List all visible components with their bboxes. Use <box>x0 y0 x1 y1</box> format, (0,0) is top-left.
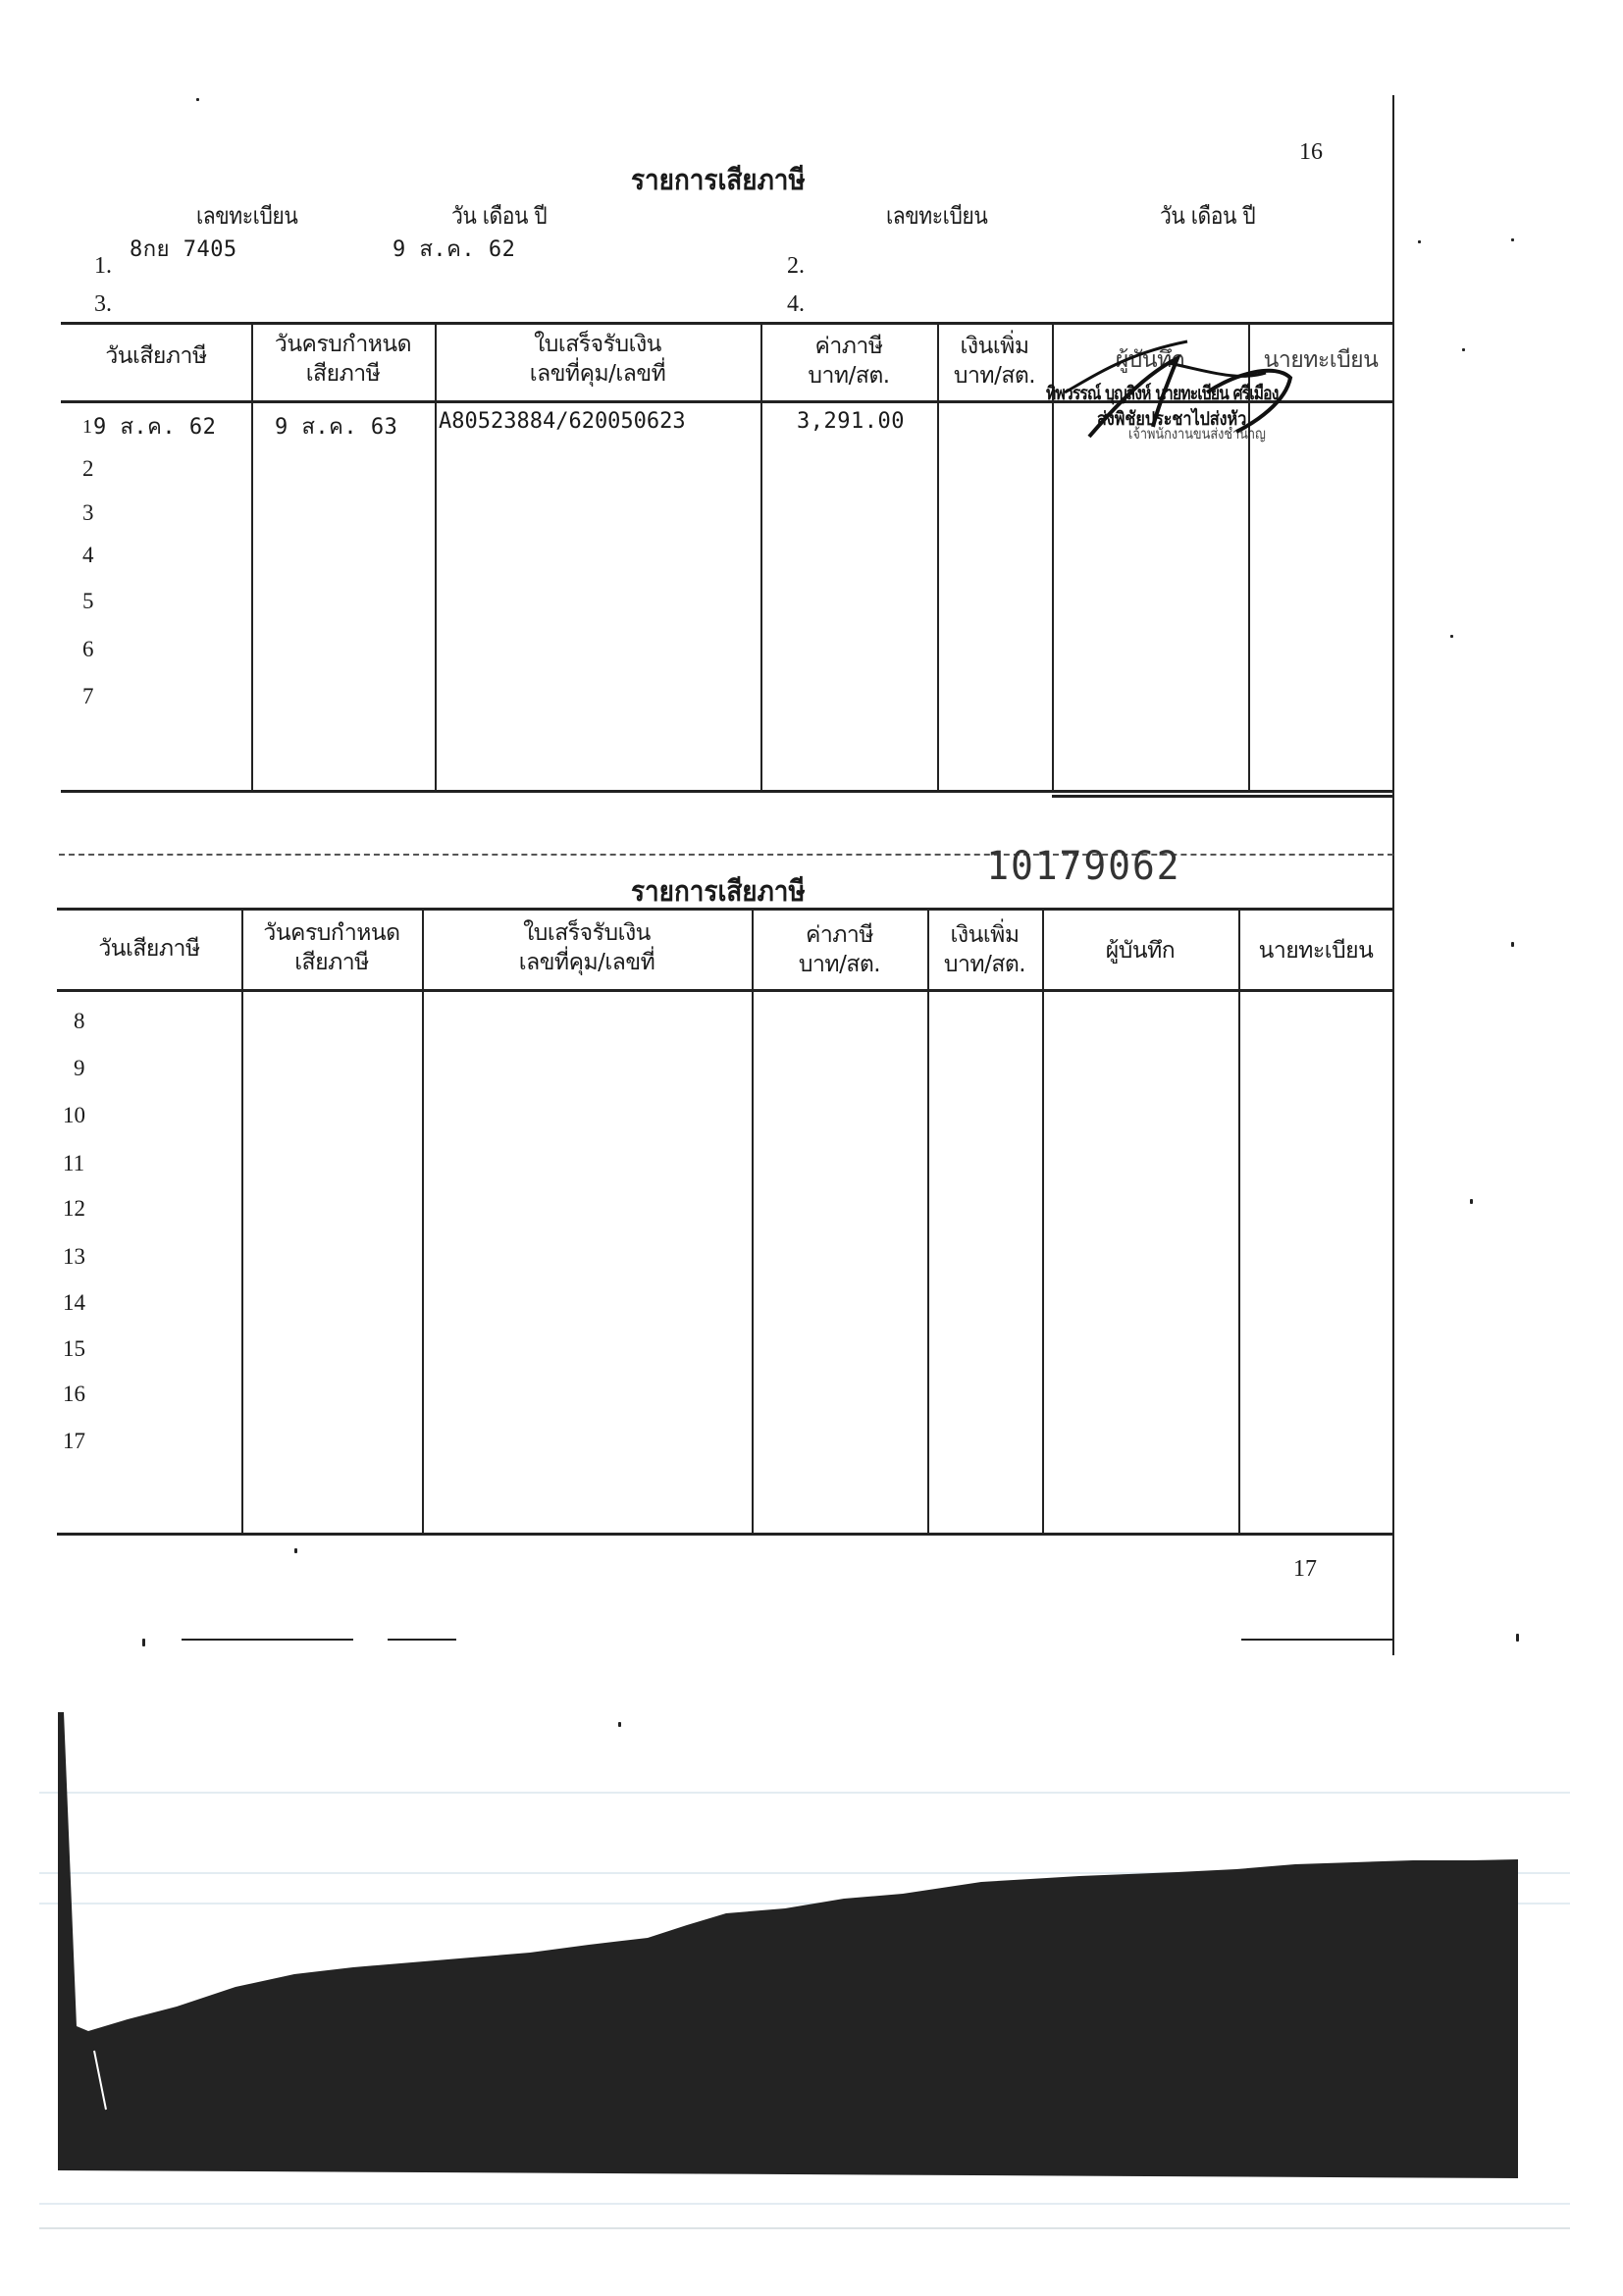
speck <box>1450 635 1453 638</box>
scan-shadow <box>0 0 1623 2296</box>
speck <box>196 98 199 101</box>
speck <box>1418 240 1421 243</box>
speck <box>1511 942 1514 947</box>
speck <box>1511 238 1514 241</box>
speck <box>1516 1634 1519 1642</box>
speck <box>142 1639 145 1646</box>
speck <box>1462 348 1465 351</box>
speck <box>1470 1199 1473 1204</box>
speck <box>618 1722 621 1727</box>
speck <box>294 1548 297 1553</box>
